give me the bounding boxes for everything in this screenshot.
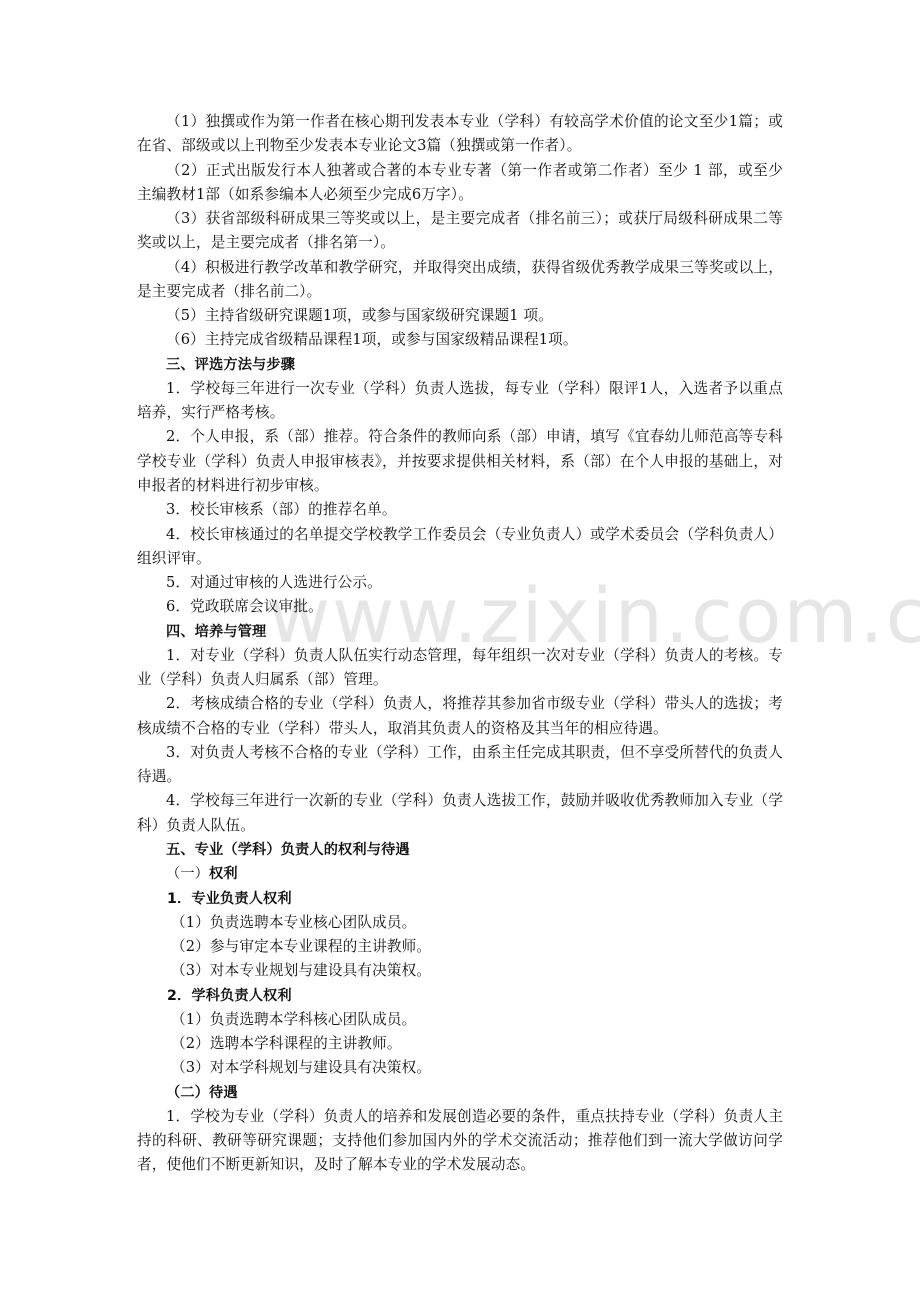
paragraph-step-5: 5．对通过审核的人选进行公示。 — [137, 571, 783, 595]
subsection-heading-treatment: （二）待遇 — [137, 1081, 783, 1105]
list-item: （3）对本学科规划与建设具有决策权。 — [137, 1056, 783, 1080]
paragraph-criterion-6: （6）主持完成省级精品课程1项，或参与国家级精品课程1项。 — [137, 328, 783, 352]
paragraph-step-3: 3．校长审核系（部）的推荐名单。 — [137, 498, 783, 522]
paragraph-management-4: 4．学校每三年进行一次新的专业（学科）负责人选拔工作，鼓励并吸收优秀教师加入专业… — [137, 789, 783, 838]
subsection-prefix: （一） — [166, 866, 209, 882]
subsection-title: 权利 — [209, 866, 238, 882]
paragraph-management-1: 1．对专业（学科）负责人队伍实行动态管理，每年组织一次对专业（学科）负责人的考核… — [137, 644, 783, 693]
document-page: （1）独撰或作为第一作者在核心期刊发表本专业（学科）有较高学术价值的论文至少1篇… — [137, 110, 783, 1178]
list-item: （2）参与审定本专业课程的主讲教师。 — [137, 935, 783, 959]
list-item: （3）对本专业规划与建设具有决策权。 — [137, 959, 783, 983]
paragraph-step-2: 2．个人申报，系（部）推荐。符合条件的教师向系（部）申请，填写《宜春幼儿师范高等… — [137, 425, 783, 498]
group-heading-discipline-rights: 2．学科负责人权利 — [137, 984, 783, 1008]
group-heading-major-rights: 1．专业负责人权利 — [137, 887, 783, 911]
list-item: （1）负责选聘本学科核心团队成员。 — [137, 1008, 783, 1032]
list-item: （2）选聘本学科课程的主讲教师。 — [137, 1032, 783, 1056]
paragraph-criterion-3: （3）获省部级科研成果三等奖或以上，是主要完成者（排名前三）；或获厅局级科研成果… — [137, 207, 783, 256]
paragraph-criterion-5: （5）主持省级研究课题1项，或参与国家级研究课题1 项。 — [137, 304, 783, 328]
paragraph-treatment-1: 1．学校为专业（学科）负责人的培养和发展创造必要的条件，重点扶持专业（学科）负责… — [137, 1105, 783, 1178]
paragraph-step-4: 4．校长审核通过的名单提交学校教学工作委员会（专业负责人）或学术委员会（学科负责… — [137, 523, 783, 572]
paragraph-criterion-2: （2）正式出版发行本人独著或合著的本专业专著（第一作者或第二作者）至少 1 部，… — [137, 159, 783, 208]
section-heading-4: 四、培养与管理 — [137, 620, 783, 644]
paragraph-management-2: 2．考核成绩合格的专业（学科）负责人，将推荐其参加省市级专业（学科）带头人的选拔… — [137, 692, 783, 741]
paragraph-step-6: 6．党政联席会议审批。 — [137, 595, 783, 619]
paragraph-criterion-4: （4）积极进行教学改革和教学研究，并取得突出成绩，获得省级优秀教学成果三等奖或以… — [137, 256, 783, 305]
paragraph-management-3: 3．对负责人考核不合格的专业（学科）工作，由系主任完成其职责，但不享受所替代的负… — [137, 741, 783, 790]
section-heading-3: 三、评选方法与步骤 — [137, 353, 783, 377]
paragraph-step-1: 1．学校每三年进行一次专业（学科）负责人选拔，每专业（学科）限评1人，入选者予以… — [137, 377, 783, 426]
section-heading-5: 五、专业（学科）负责人的权利与待遇 — [137, 838, 783, 862]
subsection-heading-rights: （一）权利 — [137, 862, 783, 886]
list-item: （1）负责选聘本专业核心团队成员。 — [137, 911, 783, 935]
paragraph-criterion-1: （1）独撰或作为第一作者在核心期刊发表本专业（学科）有较高学术价值的论文至少1篇… — [137, 110, 783, 159]
